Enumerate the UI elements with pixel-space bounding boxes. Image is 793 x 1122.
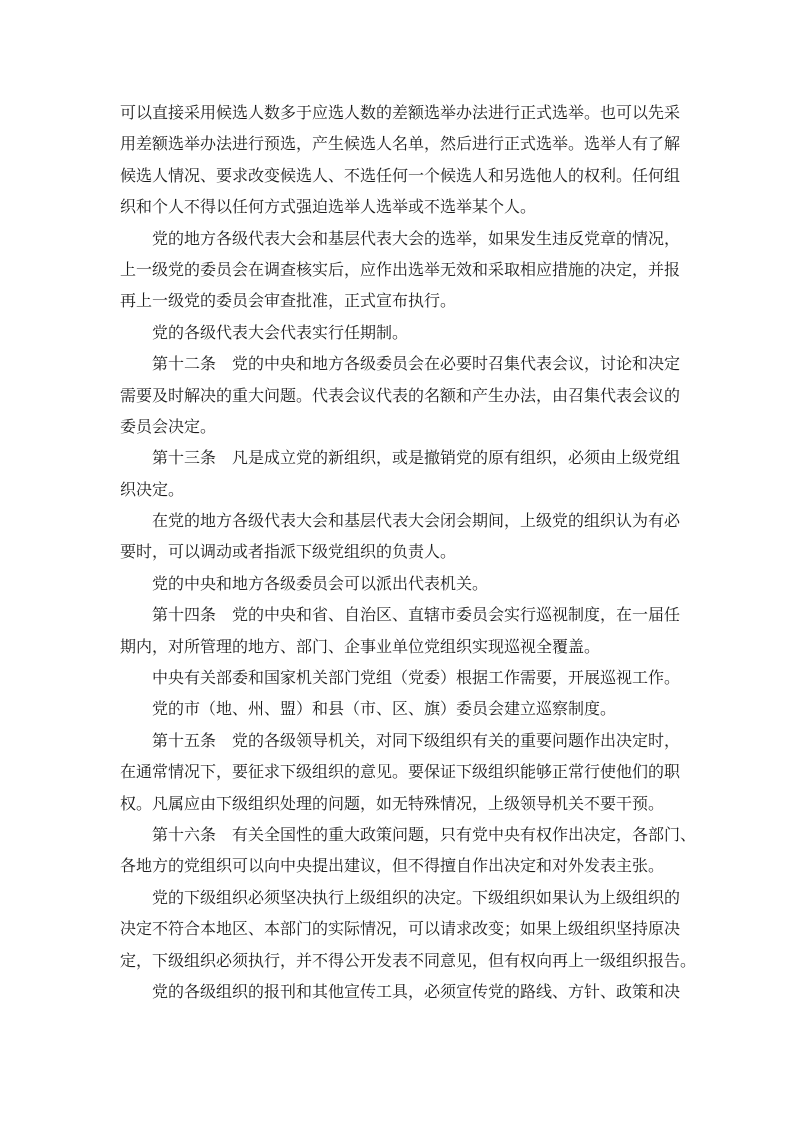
paragraph-start-line: 党的下级组织必须坚决执行上级组织的决定。下级组织如果认为上级组织的 [120, 882, 673, 913]
paragraph-start-line: 党的中央和地方各级委员会可以派出代表机关。 [120, 568, 673, 599]
text-line: 决定不符合本地区、本部门的实际情况，可以请求改变；如果上级组织坚持原决 [120, 913, 673, 944]
text-line: 要时，可以调动或者指派下级党组织的负责人。 [120, 536, 673, 567]
text-line: 织决定。 [120, 474, 673, 505]
article-16-heading-line: 第十六条 有关全国性的重大政策问题，只有党中央有权作出决定，各部门、 [120, 819, 673, 850]
paragraph-start-line: 党的市（地、州、盟）和县（市、区、旗）委员会建立巡察制度。 [120, 693, 673, 724]
text-line: 权。凡属应由下级组织处理的问题，如无特殊情况，上级领导机关不要干预。 [120, 788, 673, 819]
paragraph-start-line: 党的地方各级代表大会和基层代表大会的选举，如果发生违反党章的情况， [120, 223, 673, 254]
article-12-heading-line: 第十二条 党的中央和地方各级委员会在必要时召集代表会议，讨论和决定 [120, 348, 673, 379]
text-line: 再上一级党的委员会审查批准，正式宣布执行。 [120, 285, 673, 316]
text-line: 用差额选举办法进行预选，产生候选人名单，然后进行正式选举。选举人有了解 [120, 128, 673, 159]
paragraph-start-line: 党的各级组织的报刊和其他宣传工具，必须宣传党的路线、方针、政策和决 [120, 976, 673, 1007]
text-line: 各地方的党组织可以向中央提出建议，但不得擅自作出决定和对外发表主张。 [120, 850, 673, 881]
text-line: 织和个人不得以任何方式强迫选举人选举或不选举某个人。 [120, 191, 673, 222]
paragraph-start-line: 党的各级代表大会代表实行任期制。 [120, 317, 673, 348]
text-line: 在通常情况下，要征求下级组织的意见。要保证下级组织能够正常行使他们的职 [120, 756, 673, 787]
text-line: 可以直接采用候选人数多于应选人数的差额选举办法进行正式选举。也可以先采 [120, 97, 673, 128]
text-line: 候选人情况、要求改变候选人、不选任何一个候选人和另选他人的权利。任何组 [120, 160, 673, 191]
article-14-heading-line: 第十四条 党的中央和省、自治区、直辖市委员会实行巡视制度，在一届任 [120, 599, 673, 630]
text-line: 上一级党的委员会在调查核实后，应作出选举无效和采取相应措施的决定，并报 [120, 254, 673, 285]
document-page: 可以直接采用候选人数多于应选人数的差额选举办法进行正式选举。也可以先采 用差额选… [120, 97, 673, 1007]
article-15-heading-line: 第十五条 党的各级领导机关，对同下级组织有关的重要问题作出决定时， [120, 725, 673, 756]
article-13-heading-line: 第十三条 凡是成立党的新组织，或是撤销党的原有组织，必须由上级党组 [120, 442, 673, 473]
text-line: 定，下级组织必须执行，并不得公开发表不同意见，但有权向再上一级组织报告。 [120, 945, 673, 976]
paragraph-start-line: 在党的地方各级代表大会和基层代表大会闭会期间，上级党的组织认为有必 [120, 505, 673, 536]
paragraph-start-line: 中央有关部委和国家机关部门党组（党委）根据工作需要，开展巡视工作。 [120, 662, 673, 693]
text-line: 委员会决定。 [120, 411, 673, 442]
text-line: 需要及时解决的重大问题。代表会议代表的名额和产生办法，由召集代表会议的 [120, 380, 673, 411]
text-line: 期内，对所管理的地方、部门、企事业单位党组织实现巡视全覆盖。 [120, 631, 673, 662]
